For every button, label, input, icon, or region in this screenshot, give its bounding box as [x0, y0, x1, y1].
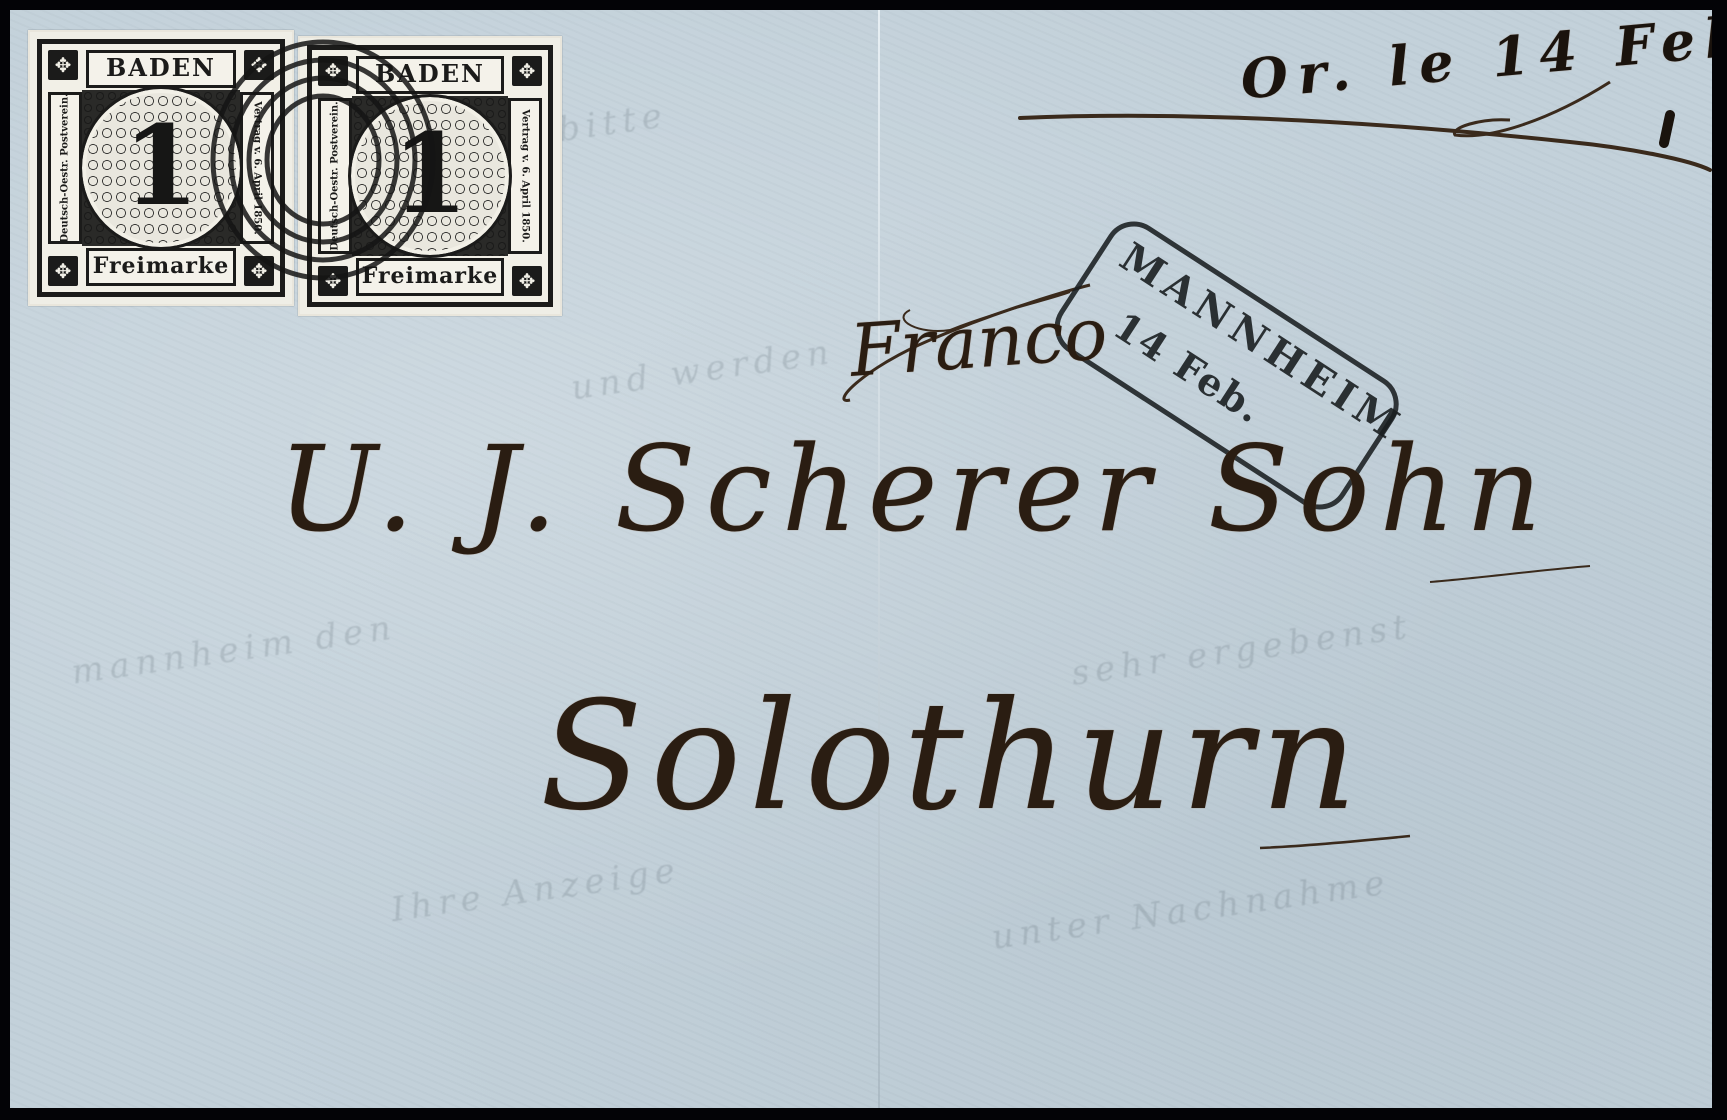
stamp-medallion: 1 — [82, 89, 240, 247]
show-through-text: mannheim den — [69, 607, 399, 692]
corner-ornament-icon: ✥ — [48, 256, 78, 286]
corner-ornament-icon: ✥ — [244, 50, 274, 80]
show-through-text: unter Nachnahme — [989, 862, 1393, 958]
show-through-text: Ihre Anzeige — [389, 850, 683, 930]
corner-ornament-icon: ✥ — [244, 256, 274, 286]
stamp-value-numeral: 1 — [123, 111, 200, 221]
stamp-country-label: BADEN — [86, 50, 236, 88]
corner-ornament-icon: ✥ — [48, 50, 78, 80]
stamp-side-text: Vertrag v. 6. April 1850. — [508, 98, 542, 254]
franco-annotation: Franco — [847, 291, 1110, 393]
stamp: ✥ ✥ ✥ ✥ BADEN Deutsch-Oestr. Postverein.… — [298, 36, 562, 316]
fold-line — [878, 10, 880, 1108]
letter-sheet: mein Herr bitte und werden mannheim den … — [10, 10, 1712, 1108]
corner-ornament-icon: ✥ — [512, 56, 542, 86]
addressee-name: U. J. Scherer Sohn — [278, 420, 1552, 558]
stamp-side-text: Vertrag v. 6. April 1850. — [240, 92, 274, 244]
stamp-side-text: Deutsch-Oestr. Postverein. — [48, 92, 82, 244]
stamp-side-text: Deutsch-Oestr. Postverein. — [318, 98, 352, 254]
stamp-medallion: 1 — [351, 97, 509, 255]
stamp-country-label: BADEN — [356, 56, 504, 94]
corner-ornament-icon: ✥ — [318, 266, 348, 296]
address-city: Solothurn — [540, 670, 1365, 844]
show-through-text: und werden — [569, 332, 838, 409]
stamp-bottom-label: Freimarke — [356, 258, 504, 296]
docket-annotation: Or. le 14 Feb. — [1238, 10, 1712, 111]
stamp-bottom-label: Freimarke — [86, 248, 236, 286]
corner-ornament-icon: ✥ — [318, 56, 348, 86]
stamp: ✥ ✥ ✥ ✥ BADEN Deutsch-Oestr. Postverein.… — [28, 30, 294, 306]
stamp-value-numeral: 1 — [392, 119, 469, 229]
stamp-guilloche: 1 — [82, 90, 240, 246]
stamp-guilloche: 1 — [352, 96, 508, 256]
corner-ornament-icon: ✥ — [512, 266, 542, 296]
scene-background: mein Herr bitte und werden mannheim den … — [0, 0, 1727, 1120]
